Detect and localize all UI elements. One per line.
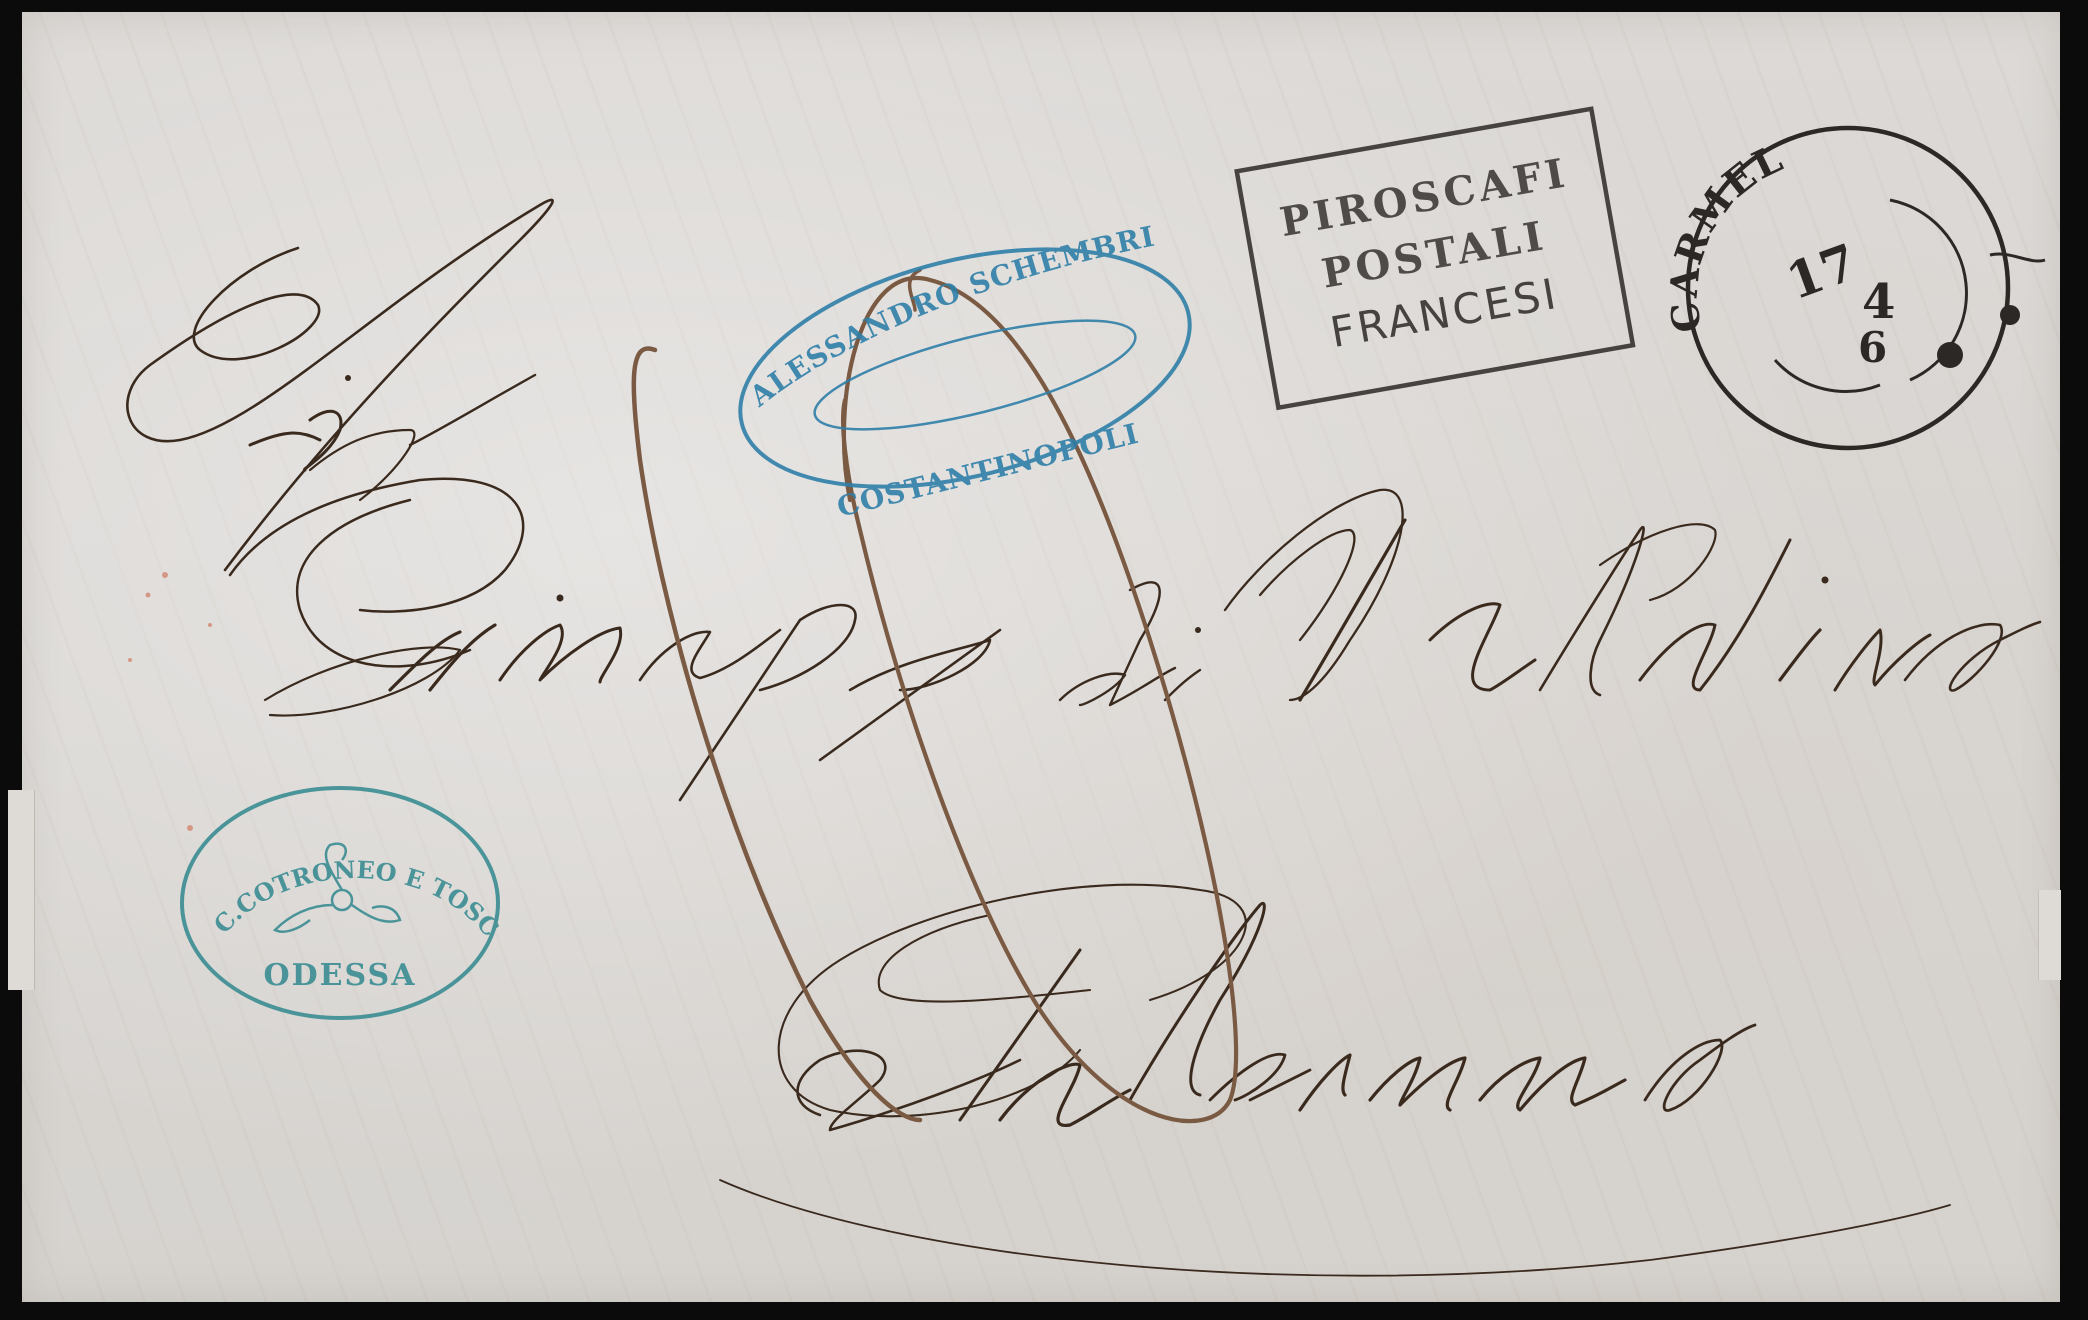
address-sigr — [127, 200, 552, 570]
sender-stamp-top-text: C.COTRONEO E TOSCANO — [0, 0, 505, 942]
forwarder-oval-stamp: ALESSANDRO SCHEMBRI COSTANTINOPOLI — [716, 208, 1215, 529]
datestamp-month: 4 — [1862, 274, 1895, 330]
datestamp-town: CARMEL — [1661, 135, 1791, 336]
cover-markings: ALESSANDRO SCHEMBRI COSTANTINOPOLI C.COT… — [0, 0, 2088, 1320]
address-di — [1060, 582, 1201, 705]
address-valdina — [1225, 490, 2040, 700]
sender-stamp-bottom-text: ODESSA — [264, 958, 417, 993]
address-palermo — [720, 885, 1950, 1276]
red-specks — [128, 572, 212, 831]
sender-oval-stamp: C.COTRONEO E TOSCANO ODESSA — [0, 0, 505, 1018]
handwritten-address — [127, 200, 2040, 1276]
forwarder-stamp-top-text: ALESSANDRO SCHEMBRI — [743, 220, 1158, 414]
datestamp-year: 6 — [1858, 323, 1887, 372]
circular-datestamp: CARMEL 17 4 6 — [1661, 128, 2045, 448]
datestamp-day: 17 — [1779, 232, 1865, 311]
address-principe — [230, 479, 1000, 800]
forwarder-stamp-bottom-text: COSTANTINOPOLI — [834, 417, 1142, 524]
boxed-handstamp: PIROSCAFI POSTALI FRANCESI — [1237, 109, 1633, 408]
